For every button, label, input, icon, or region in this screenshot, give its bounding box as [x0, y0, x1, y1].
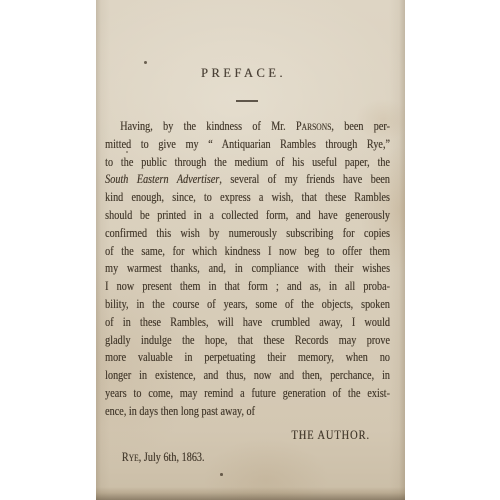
paragraph-line: ence, in days then long past away, of: [105, 403, 390, 421]
paragraph-line: more valuable in perpetuating their memo…: [105, 349, 390, 367]
paragraph-line: of in these Rambles, will have crumbled …: [105, 314, 390, 332]
line-text: , been per-: [331, 119, 390, 133]
small-caps-name: Parsons: [296, 119, 331, 133]
preface-paragraph: Having, by the kindness of Mr. Parsons, …: [105, 118, 390, 467]
paragraph-line: of the same, for which kindness I now be…: [105, 243, 390, 261]
divider-rule: [236, 100, 258, 102]
paragraph-line: my warmest thanks, and, in compliance wi…: [105, 260, 390, 278]
dateline-date: , July 6th, 1863.: [139, 450, 205, 464]
ink-speck: [220, 473, 223, 476]
preface-heading: PREFACE.: [96, 66, 391, 81]
paragraph-line: gladly indulge the hope, that these Reco…: [105, 332, 390, 350]
book-page: PREFACE. Having, by the kindness of Mr. …: [96, 0, 405, 500]
line-text: , several of my friends have been: [219, 172, 390, 186]
page-bottom-edge: [96, 487, 405, 500]
line-text: Having, by the kindness of Mr.: [120, 119, 296, 133]
paragraph-line: kind enough, since, to express a wish, t…: [105, 189, 390, 207]
ink-speck: [126, 151, 128, 153]
paragraph-line: to the public through the medium of his …: [105, 154, 390, 172]
paragraph-line: confirmed this wish by numerously subscr…: [105, 225, 390, 243]
paragraph-line: mitted to give my “ Antiquarian Rambles …: [105, 136, 390, 154]
paragraph-line: Having, by the kindness of Mr. Parsons, …: [105, 118, 390, 136]
dateline-place: Rye: [122, 450, 139, 464]
book-photo: PREFACE. Having, by the kindness of Mr. …: [0, 0, 500, 500]
italic-paper-name: South Eastern Advertiser: [105, 172, 219, 186]
paragraph-line: longer in existence, and thus, now and t…: [105, 367, 390, 385]
paragraph-line: bility, in the course of years, some of …: [105, 296, 390, 314]
ink-speck: [144, 61, 147, 64]
author-signature: THE AUTHOR.: [105, 427, 390, 445]
paragraph-line: should be printed in a collected form, a…: [105, 207, 390, 225]
dateline: Rye, July 6th, 1863.: [105, 449, 390, 467]
paragraph-line: I now present them in that form ; and as…: [105, 278, 390, 296]
paragraph-line: South Eastern Advertiser, several of my …: [105, 171, 390, 189]
paragraph-line: years to come, may remind a future gener…: [105, 385, 390, 403]
